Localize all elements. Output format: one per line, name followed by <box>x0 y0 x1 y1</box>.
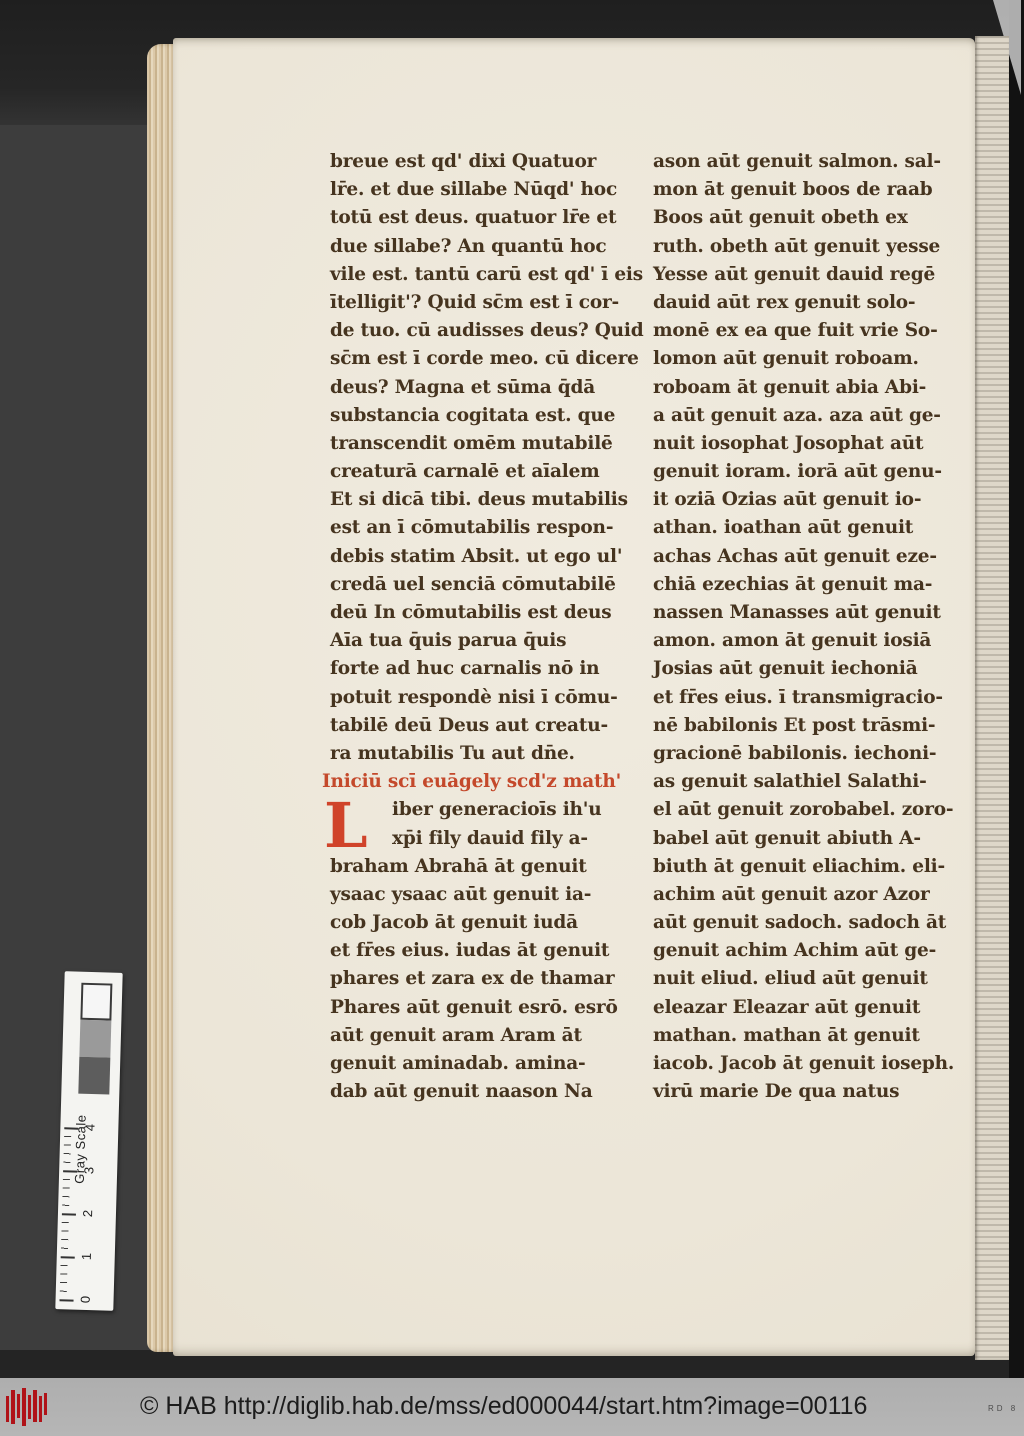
manuscript-line: as genuit salathiel Salathi- <box>653 768 963 796</box>
manuscript-line: amon. amon āt genuit iosiā <box>653 627 963 655</box>
manuscript-line: el aūt genuit zorobabel. zoro- <box>653 796 963 824</box>
manuscript-line: dab aūt genuit naason Na <box>330 1078 660 1106</box>
manuscript-line: nuit eliud. eliud aūt genuit <box>653 965 963 993</box>
manuscript-line: athan. ioathan aūt genuit <box>653 514 963 542</box>
manuscript-line: phares et zara ex de thamar <box>330 965 660 993</box>
manuscript-line: virū marie De qua natus <box>653 1078 963 1106</box>
patch-dark-gray <box>78 1057 110 1095</box>
manuscript-line: credā uel senciā cōmutabilē <box>330 571 660 599</box>
manuscript-line: a aūt genuit aza. aza aūt ge- <box>653 402 963 430</box>
tick-number: 2 <box>80 1210 95 1218</box>
manuscript-line: mon āt genuit boos de raab <box>653 176 963 204</box>
manuscript-line: deū In cōmutabilis est deus <box>330 599 660 627</box>
manuscript-line: achim aūt genuit azor Azor <box>653 881 963 909</box>
ruler-major-ticks: 43210 <box>64 1123 114 1124</box>
tick-line <box>60 1299 74 1301</box>
manuscript-line: tabilē deū Deus aut creatu- <box>330 712 660 740</box>
manuscript-line: it oziā Ozias aūt genuit io- <box>653 486 963 514</box>
manuscript-line: eleazar Eleazar aūt genuit <box>653 994 963 1022</box>
manuscript-line: Josias aūt genuit iechoniā <box>653 655 963 683</box>
manuscript-line: Yesse aūt genuit dauid regē <box>653 261 963 289</box>
manuscript-line: sc̄m est ī corde meo. cū dicere <box>330 345 660 373</box>
gray-scale-ruler: 43210 <box>59 1123 114 1304</box>
tick-number: 0 <box>78 1296 93 1304</box>
ruler-major-tick: 0 <box>60 1299 110 1301</box>
manuscript-column-right: ason aūt genuit salmon. sal-mon āt genui… <box>653 148 963 1106</box>
backdrop-right-edge <box>1009 0 1024 1378</box>
manuscript-line: nassen Manasses aūt genuit <box>653 599 963 627</box>
manuscript-line: due sillabe? An quantū hoc <box>330 233 660 261</box>
tick-line <box>62 1213 76 1215</box>
tick-number: 4 <box>82 1124 97 1132</box>
column-right-lines: ason aūt genuit salmon. sal-mon āt genui… <box>653 148 963 1106</box>
tick-line <box>63 1170 77 1172</box>
manuscript-line: roboam āt genuit abia Abi- <box>653 374 963 402</box>
manuscript-line: ruth. obeth aūt genuit yesse <box>653 233 963 261</box>
caption-bar: © HAB http://diglib.hab.de/mss/ed000044/… <box>0 1378 1024 1436</box>
manuscript-line: biuth āt genuit eliachim. eli- <box>653 853 963 881</box>
caption-text: © HAB http://diglib.hab.de/mss/ed000044/… <box>140 1392 867 1421</box>
manuscript-line: debis statim Absit. ut ego ul' <box>330 543 660 571</box>
patch-white <box>80 983 112 1021</box>
manuscript-line: nuit iosophat Josophat aūt <box>653 430 963 458</box>
tick-number: 1 <box>79 1253 94 1261</box>
manuscript-line: genuit achim Achim aūt ge- <box>653 937 963 965</box>
ruler-major-tick: 3 <box>63 1170 113 1172</box>
column-left-lines: breue est qd' dixi Quatuorlr̄e. et due s… <box>330 148 660 1106</box>
rubricated-initial: L <box>324 796 382 860</box>
manuscript-line: Boos aūt genuit obeth ex <box>653 204 963 232</box>
manuscript-line: monē ex ea que fuit vrie So- <box>653 317 963 345</box>
manuscript-line: breue est qd' dixi Quatuor <box>330 148 660 176</box>
gray-scale-patches <box>78 983 112 1095</box>
manuscript-line: et fr̄es eius. iudas āt genuit <box>330 937 660 965</box>
manuscript-line: vile est. tantū carū est qd' ī eis <box>330 261 660 289</box>
manuscript-line: transcendit omēm mutabilē <box>330 430 660 458</box>
manuscript-line: Iniciū scī euāgely scd'z math' <box>322 768 660 796</box>
manuscript-line: de tuo. cū audisses deus? Quid <box>330 317 660 345</box>
manuscript-line: ason aūt genuit salmon. sal- <box>653 148 963 176</box>
manuscript-line: aūt genuit sadoch. sadoch āt <box>653 909 963 937</box>
manuscript-line: forte ad huc carnalis nō in <box>330 655 660 683</box>
ruler-major-tick: 2 <box>62 1213 112 1215</box>
gray-scale-card: Gray Scale 43210 <box>55 971 122 1310</box>
patch-mid-gray <box>79 1020 111 1058</box>
corner-mark: RD 8 <box>988 1404 1018 1413</box>
manuscript-line: deus? Magna et sūma q̄dā <box>330 374 660 402</box>
manuscript-line: potuit respondè nisi ī cōmu- <box>330 684 660 712</box>
manuscript-line: achas Achas aūt genuit eze- <box>653 543 963 571</box>
manuscript-line: substancia cogitata est. que <box>330 402 660 430</box>
manuscript-line: genuit ioram. iorā aūt genu- <box>653 458 963 486</box>
manuscript-line: et fr̄es eius. ī transmigracio- <box>653 684 963 712</box>
ruler-major-tick: 4 <box>64 1127 114 1129</box>
manuscript-line: aūt genuit aram Aram āt <box>330 1022 660 1050</box>
tick-line <box>64 1127 78 1129</box>
manuscript-line: dauid aūt rex genuit solo- <box>653 289 963 317</box>
manuscript-line: cob Jacob āt genuit iudā <box>330 909 660 937</box>
manuscript-line: mathan. mathan āt genuit <box>653 1022 963 1050</box>
manuscript-line: est an ī cōmutabilis respon- <box>330 514 660 542</box>
manuscript-column-left: L breue est qd' dixi Quatuorlr̄e. et due… <box>330 148 660 1106</box>
manuscript-line: gracionē babilonis. iechoni- <box>653 740 963 768</box>
tick-number: 3 <box>81 1167 96 1175</box>
manuscript-line: ra mutabilis Tu aut dn̄e. <box>330 740 660 768</box>
manuscript-line: genuit aminadab. amina- <box>330 1050 660 1078</box>
manuscript-line: Et si dicā tibi. deus mutabilis <box>330 486 660 514</box>
opposite-page-fore-edge <box>975 36 1009 1360</box>
manuscript-line: Phares aūt genuit esrō. esrō <box>330 994 660 1022</box>
manuscript-line: lr̄e. et due sillabe Nūqd' hoc <box>330 176 660 204</box>
manuscript-line: Aīa tua q̄uis parua q̄uis <box>330 627 660 655</box>
manuscript-line: chiā ezechias āt genuit ma- <box>653 571 963 599</box>
manuscript-line: nē babilonis Et post trāsmi- <box>653 712 963 740</box>
manuscript-line: iacob. Jacob āt genuit ioseph. <box>653 1050 963 1078</box>
tick-line <box>61 1256 75 1258</box>
manuscript-line: creaturā carnalē et aīalem <box>330 458 660 486</box>
manuscript-line: totū est deus. quatuor lr̄e et <box>330 204 660 232</box>
hab-logo-icon <box>5 1386 49 1428</box>
manuscript-line: lomon aūt genuit roboam. <box>653 345 963 373</box>
ruler-major-tick: 1 <box>61 1256 111 1258</box>
manuscript-line: ītelligit'? Quid sc̄m est ī cor- <box>330 289 660 317</box>
manuscript-line: babel aūt genuit abiuth A- <box>653 825 963 853</box>
manuscript-line: ysaac ysaac aūt genuit ia- <box>330 881 660 909</box>
